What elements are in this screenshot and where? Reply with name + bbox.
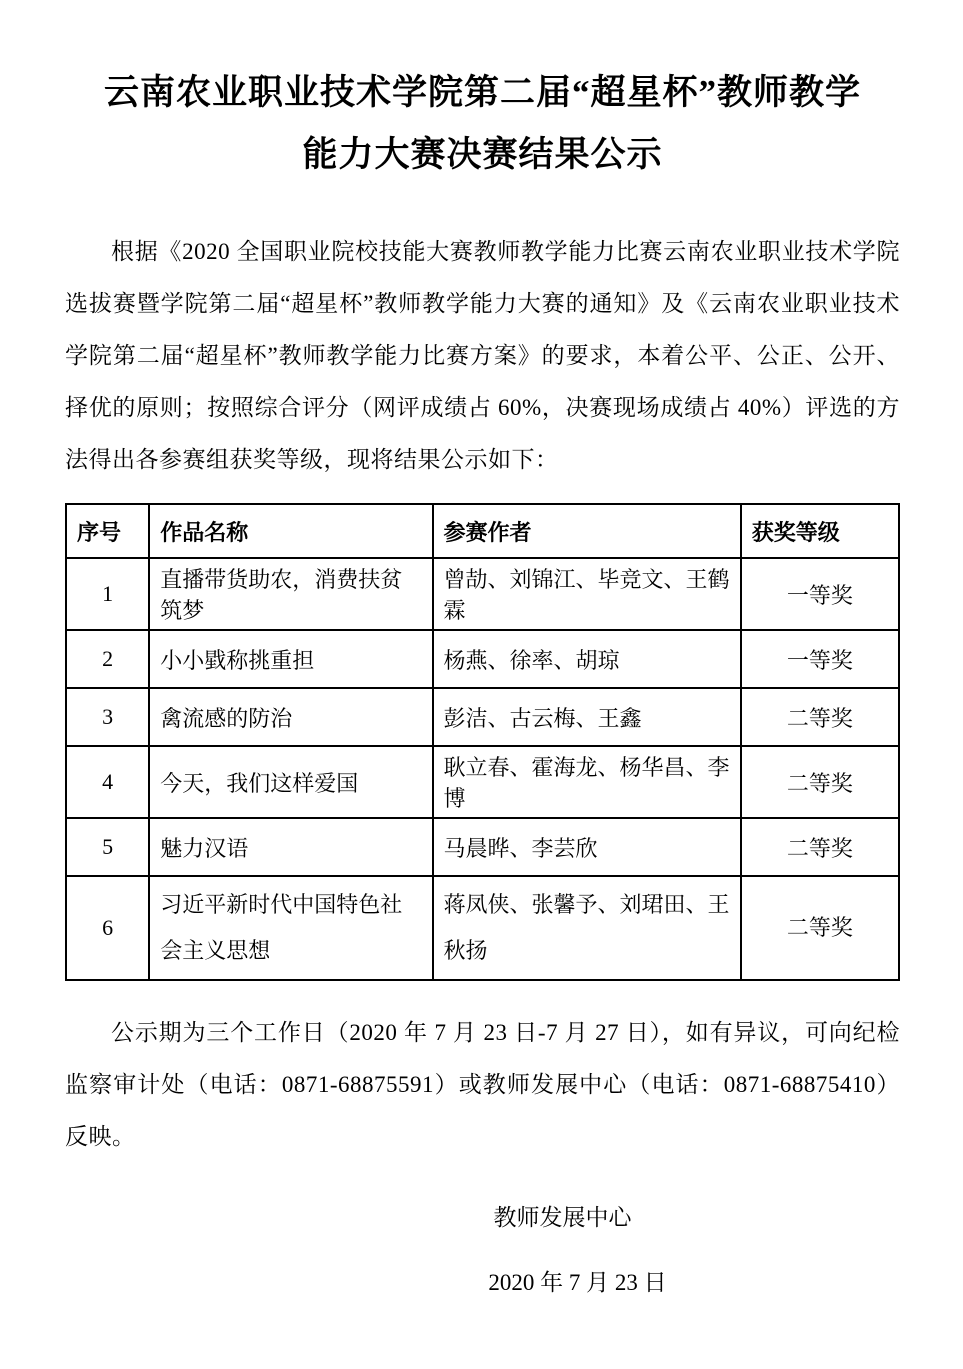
table-row: 2 小小戥称挑重担 杨燕、徐率、胡琼 一等奖 [66, 630, 899, 688]
header-no: 序号 [66, 504, 149, 558]
row-no-cell: 6 [66, 876, 149, 980]
signature-date: 2020 年 7 月 23 日 [160, 1264, 963, 1297]
title-line-2: 能力大赛决赛结果公示 [65, 124, 900, 186]
row-work-cell: 魅力汉语 [149, 818, 432, 876]
row-no-cell: 4 [66, 746, 149, 818]
closing-section: 公示期为三个工作日（2020 年 7 月 23 日-7 月 27 日），如有异议… [65, 1007, 900, 1163]
header-authors: 参赛作者 [433, 504, 741, 558]
row-award-cell: 二等奖 [741, 818, 899, 876]
row-authors-cell: 蒋凤侠、张馨予、刘珺田、王秋扬 [433, 876, 741, 980]
table-row: 6 习近平新时代中国特色社会主义思想 蒋凤侠、张馨予、刘珺田、王秋扬 二等奖 [66, 876, 899, 980]
row-authors-cell: 曾劼、刘锦江、毕竞文、王鹤霖 [433, 558, 741, 630]
row-work-cell: 直播带货助农，消费扶贫筑梦 [149, 558, 432, 630]
table-row: 4 今天，我们这样爱国 耿立春、霍海龙、杨华昌、李博 二等奖 [66, 746, 899, 818]
announcement-document: 云南农业职业技术学院第二届“超星杯”教师教学 能力大赛决赛结果公示 根据《202… [0, 0, 963, 1369]
row-award-cell: 二等奖 [741, 746, 899, 818]
row-award-cell: 二等奖 [741, 876, 899, 980]
intro-paragraph: 根据《2020 全国职业院校技能大赛教师教学能力比赛云南农业职业技术学院选拔赛暨… [65, 226, 900, 486]
row-work-cell: 今天，我们这样爱国 [149, 746, 432, 818]
results-table-body: 1 直播带货助农，消费扶贫筑梦 曾劼、刘锦江、毕竞文、王鹤霖 一等奖 2 小小戥… [66, 558, 899, 980]
row-authors-cell: 马晨晔、李芸欣 [433, 818, 741, 876]
row-award-cell: 一等奖 [741, 630, 899, 688]
table-row: 5 魅力汉语 马晨晔、李芸欣 二等奖 [66, 818, 899, 876]
row-authors-cell: 彭洁、古云梅、王鑫 [433, 688, 741, 746]
row-work-cell: 习近平新时代中国特色社会主义思想 [149, 876, 432, 980]
header-row: 序号 作品名称 参赛作者 获奖等级 [66, 504, 899, 558]
header-award: 获奖等级 [741, 504, 899, 558]
row-no-cell: 2 [66, 630, 149, 688]
signature-department: 教师发展中心 [145, 1199, 963, 1232]
row-award-cell: 二等奖 [741, 688, 899, 746]
results-table: 序号 作品名称 参赛作者 获奖等级 1 直播带货助农，消费扶贫筑梦 曾劼、刘锦江… [65, 503, 900, 981]
row-work-cell: 禽流感的防治 [149, 688, 432, 746]
row-authors-cell: 耿立春、霍海龙、杨华昌、李博 [433, 746, 741, 818]
header-work: 作品名称 [149, 504, 432, 558]
row-work-cell: 小小戥称挑重担 [149, 630, 432, 688]
row-no-cell: 3 [66, 688, 149, 746]
document-content: 云南农业职业技术学院第二届“超星杯”教师教学 能力大赛决赛结果公示 根据《202… [0, 0, 963, 1297]
document-title: 云南农业职业技术学院第二届“超星杯”教师教学 能力大赛决赛结果公示 [65, 62, 900, 186]
row-authors-cell: 杨燕、徐率、胡琼 [433, 630, 741, 688]
title-line-1: 云南农业职业技术学院第二届“超星杯”教师教学 [65, 62, 900, 124]
closing-paragraph: 公示期为三个工作日（2020 年 7 月 23 日-7 月 27 日），如有异议… [65, 1007, 900, 1163]
results-table-header: 序号 作品名称 参赛作者 获奖等级 [66, 504, 899, 558]
row-award-cell: 一等奖 [741, 558, 899, 630]
row-no-cell: 1 [66, 558, 149, 630]
intro-section: 根据《2020 全国职业院校技能大赛教师教学能力比赛云南农业职业技术学院选拔赛暨… [65, 226, 900, 486]
table-row: 1 直播带货助农，消费扶贫筑梦 曾劼、刘锦江、毕竞文、王鹤霖 一等奖 [66, 558, 899, 630]
row-no-cell: 5 [66, 818, 149, 876]
table-row: 3 禽流感的防治 彭洁、古云梅、王鑫 二等奖 [66, 688, 899, 746]
